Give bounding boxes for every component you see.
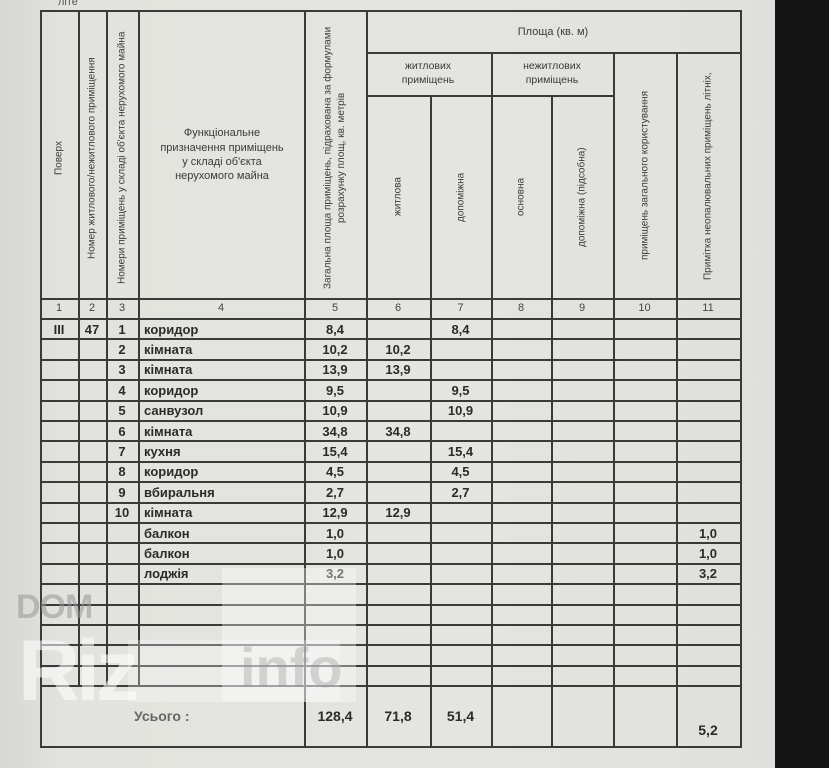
utility-area-cell bbox=[551, 462, 613, 482]
room-number-cell bbox=[106, 564, 138, 584]
note-cell bbox=[676, 401, 740, 421]
auxiliary-area-cell bbox=[430, 605, 491, 625]
note-cell: 1,0 bbox=[676, 543, 740, 563]
main-area-sum bbox=[491, 685, 551, 746]
unit-cell bbox=[78, 421, 106, 441]
total-area-cell: 1,0 bbox=[304, 523, 366, 543]
auxiliary-area-cell: 9,5 bbox=[430, 380, 491, 400]
utility-area-cell bbox=[551, 523, 613, 543]
header-living: житлова bbox=[368, 98, 428, 296]
utility-area-cell bbox=[551, 645, 613, 665]
unit-cell bbox=[78, 441, 106, 461]
note-cell bbox=[676, 360, 740, 380]
total-area-cell bbox=[304, 584, 366, 604]
living-area-cell bbox=[366, 380, 430, 400]
main-area-cell bbox=[491, 645, 551, 665]
utility-area-cell bbox=[551, 625, 613, 645]
header-area-group: Площа (кв. м) bbox=[366, 12, 740, 52]
auxiliary-area-cell: 2,7 bbox=[430, 482, 491, 502]
note-cell bbox=[676, 421, 740, 441]
column-number: 6 bbox=[366, 298, 430, 318]
dark-background-edge bbox=[775, 0, 829, 768]
room-number-cell bbox=[106, 666, 138, 686]
floor-cell bbox=[40, 523, 78, 543]
auxiliary-area-cell: 4,5 bbox=[430, 462, 491, 482]
room-number-cell bbox=[106, 645, 138, 665]
purpose-cell: санвузол bbox=[138, 401, 304, 421]
total-area-cell: 1,0 bbox=[304, 543, 366, 563]
table-border bbox=[40, 10, 742, 12]
auxiliary-area-cell bbox=[430, 645, 491, 665]
header-residential-group: житлових приміщень bbox=[378, 56, 478, 92]
purpose-cell: кімната bbox=[138, 421, 304, 441]
grid-line bbox=[366, 52, 742, 54]
common-area-cell bbox=[613, 666, 676, 686]
total-area-cell: 12,9 bbox=[304, 503, 366, 523]
total-area-cell: 34,8 bbox=[304, 421, 366, 441]
purpose-cell: кімната bbox=[138, 339, 304, 359]
column-number: 7 bbox=[430, 298, 491, 318]
main-area-cell bbox=[491, 319, 551, 339]
column-number: 9 bbox=[551, 298, 613, 318]
note-cell: 3,2 bbox=[676, 564, 740, 584]
note-cell bbox=[676, 645, 740, 665]
main-area-cell bbox=[491, 523, 551, 543]
living-area-cell bbox=[366, 543, 430, 563]
living-area-cell bbox=[366, 645, 430, 665]
header-nonresidential-group: нежитлових приміщень bbox=[500, 56, 604, 92]
common-area-sum bbox=[613, 685, 676, 746]
common-area-cell bbox=[613, 339, 676, 359]
common-area-cell bbox=[613, 564, 676, 584]
common-area-cell bbox=[613, 645, 676, 665]
floor-cell bbox=[40, 339, 78, 359]
note-cell bbox=[676, 666, 740, 686]
purpose-cell: коридор bbox=[138, 462, 304, 482]
floor-cell bbox=[40, 605, 78, 625]
room-number-cell bbox=[106, 584, 138, 604]
unit-cell bbox=[78, 625, 106, 645]
total-area-cell bbox=[304, 625, 366, 645]
total-area-cell: 13,9 bbox=[304, 360, 366, 380]
note-cell: 1,0 bbox=[676, 523, 740, 543]
total-area-cell: 9,5 bbox=[304, 380, 366, 400]
auxiliary-area-sum: 51,4 bbox=[430, 685, 491, 746]
table-border bbox=[40, 746, 742, 748]
room-area-table: Поверх Номер житлового/нежитлового примі… bbox=[0, 0, 775, 768]
header-note: Примітка неопалювальних приміщень літніх… bbox=[678, 56, 738, 296]
unit-cell bbox=[78, 523, 106, 543]
header-floor: Поверх bbox=[42, 20, 76, 296]
header-unit-number: Номер житлового/нежитлового приміщення bbox=[80, 20, 104, 296]
total-area-cell: 10,2 bbox=[304, 339, 366, 359]
purpose-cell: кімната bbox=[138, 503, 304, 523]
unit-cell bbox=[78, 564, 106, 584]
utility-area-cell bbox=[551, 380, 613, 400]
floor-cell bbox=[40, 645, 78, 665]
unit-cell bbox=[78, 462, 106, 482]
main-area-cell bbox=[491, 584, 551, 604]
common-area-cell bbox=[613, 360, 676, 380]
unit-cell: 47 bbox=[78, 319, 106, 339]
living-area-cell bbox=[366, 401, 430, 421]
purpose-cell: кухня bbox=[138, 441, 304, 461]
living-area-cell bbox=[366, 584, 430, 604]
note-cell bbox=[676, 462, 740, 482]
utility-area-cell bbox=[551, 564, 613, 584]
floor-cell: III bbox=[40, 319, 78, 339]
room-number-cell: 9 bbox=[106, 482, 138, 502]
room-number-cell: 7 bbox=[106, 441, 138, 461]
unit-cell bbox=[78, 380, 106, 400]
purpose-cell bbox=[138, 666, 304, 686]
purpose-cell: вбиральня bbox=[138, 482, 304, 502]
room-number-cell: 4 bbox=[106, 380, 138, 400]
main-area-cell bbox=[491, 462, 551, 482]
common-area-cell bbox=[613, 625, 676, 645]
main-area-cell bbox=[491, 401, 551, 421]
header-total-area: Загальна площа приміщень, підрахована за… bbox=[308, 20, 362, 296]
purpose-cell: лоджія bbox=[138, 564, 304, 584]
floor-cell bbox=[40, 625, 78, 645]
total-area-cell: 15,4 bbox=[304, 441, 366, 461]
living-area-cell: 10,2 bbox=[366, 339, 430, 359]
floor-cell bbox=[40, 543, 78, 563]
column-number: 11 bbox=[676, 298, 740, 318]
note-sum: 5,2 bbox=[676, 685, 740, 746]
utility-area-cell bbox=[551, 319, 613, 339]
unit-cell bbox=[78, 666, 106, 686]
column-number: 8 bbox=[491, 298, 551, 318]
unit-cell bbox=[78, 339, 106, 359]
total-area-sum: 128,4 bbox=[304, 685, 366, 746]
utility-area-cell bbox=[551, 543, 613, 563]
total-area-cell bbox=[304, 605, 366, 625]
total-area-cell: 4,5 bbox=[304, 462, 366, 482]
utility-area-sum bbox=[551, 685, 613, 746]
common-area-cell bbox=[613, 523, 676, 543]
room-number-cell: 8 bbox=[106, 462, 138, 482]
main-area-cell bbox=[491, 543, 551, 563]
floor-cell bbox=[40, 401, 78, 421]
floor-cell bbox=[40, 564, 78, 584]
room-number-cell bbox=[106, 543, 138, 563]
main-area-cell bbox=[491, 339, 551, 359]
totals-label: Усього : bbox=[128, 685, 298, 746]
living-area-cell bbox=[366, 441, 430, 461]
living-area-cell bbox=[366, 666, 430, 686]
unit-cell bbox=[78, 584, 106, 604]
auxiliary-area-cell: 8,4 bbox=[430, 319, 491, 339]
auxiliary-area-cell bbox=[430, 523, 491, 543]
unit-cell bbox=[78, 360, 106, 380]
main-area-cell bbox=[491, 380, 551, 400]
auxiliary-area-cell bbox=[430, 584, 491, 604]
utility-area-cell bbox=[551, 482, 613, 502]
purpose-cell: коридор bbox=[138, 319, 304, 339]
living-area-cell bbox=[366, 625, 430, 645]
purpose-cell: балкон bbox=[138, 543, 304, 563]
main-area-cell bbox=[491, 441, 551, 461]
common-area-cell bbox=[613, 319, 676, 339]
utility-area-cell bbox=[551, 339, 613, 359]
auxiliary-area-cell bbox=[430, 625, 491, 645]
common-area-cell bbox=[613, 584, 676, 604]
auxiliary-area-cell bbox=[430, 339, 491, 359]
common-area-cell bbox=[613, 605, 676, 625]
column-number: 5 bbox=[304, 298, 366, 318]
total-area-cell: 3,2 bbox=[304, 564, 366, 584]
header-auxiliary: допоміжна bbox=[432, 98, 490, 296]
utility-area-cell bbox=[551, 401, 613, 421]
header-room-purpose: Функціональне призначення приміщень у ск… bbox=[160, 100, 284, 210]
auxiliary-area-cell bbox=[430, 503, 491, 523]
total-area-cell: 8,4 bbox=[304, 319, 366, 339]
column-number: 3 bbox=[106, 298, 138, 318]
living-area-cell bbox=[366, 319, 430, 339]
purpose-cell bbox=[138, 645, 304, 665]
living-area-cell: 13,9 bbox=[366, 360, 430, 380]
auxiliary-area-cell bbox=[430, 360, 491, 380]
unit-cell bbox=[78, 503, 106, 523]
total-area-cell bbox=[304, 645, 366, 665]
living-area-cell bbox=[366, 462, 430, 482]
living-area-cell bbox=[366, 605, 430, 625]
common-area-cell bbox=[613, 401, 676, 421]
common-area-cell bbox=[613, 503, 676, 523]
main-area-cell bbox=[491, 625, 551, 645]
room-number-cell: 3 bbox=[106, 360, 138, 380]
room-number-cell: 5 bbox=[106, 401, 138, 421]
floor-cell bbox=[40, 380, 78, 400]
purpose-cell: кімната bbox=[138, 360, 304, 380]
floor-cell bbox=[40, 462, 78, 482]
main-area-cell bbox=[491, 605, 551, 625]
floor-cell bbox=[40, 503, 78, 523]
floor-cell bbox=[40, 584, 78, 604]
auxiliary-area-cell bbox=[430, 421, 491, 441]
note-cell bbox=[676, 339, 740, 359]
utility-area-cell bbox=[551, 666, 613, 686]
note-cell bbox=[676, 319, 740, 339]
unit-cell bbox=[78, 482, 106, 502]
floor-cell bbox=[40, 482, 78, 502]
living-area-cell bbox=[366, 523, 430, 543]
common-area-cell bbox=[613, 482, 676, 502]
room-number-cell: 6 bbox=[106, 421, 138, 441]
floor-cell bbox=[40, 441, 78, 461]
total-area-cell bbox=[304, 666, 366, 686]
note-cell bbox=[676, 584, 740, 604]
note-cell bbox=[676, 380, 740, 400]
main-area-cell bbox=[491, 564, 551, 584]
room-number-cell bbox=[106, 625, 138, 645]
column-number: 10 bbox=[613, 298, 676, 318]
utility-area-cell bbox=[551, 360, 613, 380]
header-common-use: приміщень загального користування bbox=[615, 56, 675, 296]
note-cell bbox=[676, 441, 740, 461]
main-area-cell bbox=[491, 421, 551, 441]
living-area-cell: 34,8 bbox=[366, 421, 430, 441]
unit-cell bbox=[78, 605, 106, 625]
room-number-cell bbox=[106, 605, 138, 625]
floor-cell bbox=[40, 666, 78, 686]
purpose-cell: коридор bbox=[138, 380, 304, 400]
main-area-cell bbox=[491, 482, 551, 502]
floor-cell bbox=[40, 360, 78, 380]
total-area-cell: 2,7 bbox=[304, 482, 366, 502]
auxiliary-area-cell bbox=[430, 564, 491, 584]
utility-area-cell bbox=[551, 421, 613, 441]
common-area-cell bbox=[613, 380, 676, 400]
common-area-cell bbox=[613, 421, 676, 441]
utility-area-cell bbox=[551, 605, 613, 625]
living-area-cell bbox=[366, 564, 430, 584]
header-auxiliary-utility: допоміжна (підсобна) bbox=[553, 98, 611, 296]
header-main: основна bbox=[493, 98, 549, 296]
living-area-cell bbox=[366, 482, 430, 502]
room-number-cell: 1 bbox=[106, 319, 138, 339]
room-number-cell: 10 bbox=[106, 503, 138, 523]
note-cell bbox=[676, 605, 740, 625]
unit-cell bbox=[78, 543, 106, 563]
purpose-cell bbox=[138, 605, 304, 625]
note-cell bbox=[676, 625, 740, 645]
column-number: 1 bbox=[40, 298, 78, 318]
column-number: 2 bbox=[78, 298, 106, 318]
floor-cell bbox=[40, 421, 78, 441]
auxiliary-area-cell bbox=[430, 543, 491, 563]
room-number-cell bbox=[106, 523, 138, 543]
purpose-cell bbox=[138, 625, 304, 645]
main-area-cell bbox=[491, 666, 551, 686]
column-number: 4 bbox=[138, 298, 304, 318]
unit-cell bbox=[78, 401, 106, 421]
common-area-cell bbox=[613, 543, 676, 563]
purpose-cell bbox=[138, 584, 304, 604]
utility-area-cell bbox=[551, 503, 613, 523]
utility-area-cell bbox=[551, 441, 613, 461]
common-area-cell bbox=[613, 441, 676, 461]
unit-cell bbox=[78, 645, 106, 665]
header-room-numbers: Номери приміщень у складі об'єкта нерухо… bbox=[108, 20, 136, 296]
living-area-cell: 12,9 bbox=[366, 503, 430, 523]
auxiliary-area-cell: 10,9 bbox=[430, 401, 491, 421]
utility-area-cell bbox=[551, 584, 613, 604]
auxiliary-area-cell bbox=[430, 666, 491, 686]
note-cell bbox=[676, 503, 740, 523]
room-number-cell: 2 bbox=[106, 339, 138, 359]
total-area-cell: 10,9 bbox=[304, 401, 366, 421]
auxiliary-area-cell: 15,4 bbox=[430, 441, 491, 461]
common-area-cell bbox=[613, 462, 676, 482]
note-cell bbox=[676, 482, 740, 502]
main-area-cell bbox=[491, 360, 551, 380]
purpose-cell: балкон bbox=[138, 523, 304, 543]
main-area-cell bbox=[491, 503, 551, 523]
living-area-sum: 71,8 bbox=[366, 685, 430, 746]
